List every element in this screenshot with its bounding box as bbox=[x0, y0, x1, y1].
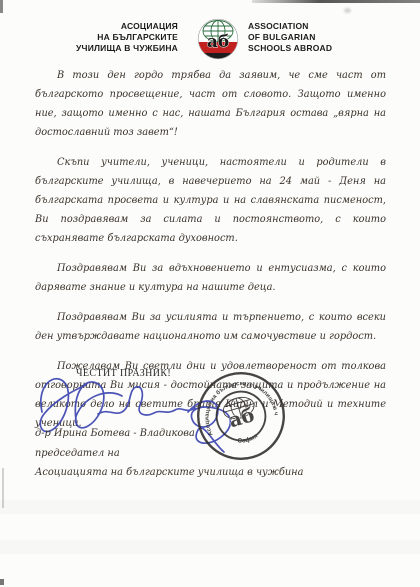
org-name-bg-line: НА БЪЛГАРСКИТЕ bbox=[40, 32, 178, 43]
signer-name: д-р Ирина Ботева - Владикова bbox=[35, 424, 303, 444]
letter-paragraph: Поздравявам Ви за вдъхновението и ентуси… bbox=[35, 259, 386, 297]
scan-artifact-smudge bbox=[344, 8, 351, 13]
org-name-en-line: OF BULGARIAN bbox=[248, 32, 378, 43]
org-name-bg-line: УЧИЛИЩА В ЧУЖБИНА bbox=[40, 43, 178, 54]
signer-organization: Асоциацията на българските училища в чуж… bbox=[35, 463, 303, 483]
org-name-bg-line: АСОЦИАЦИЯ bbox=[40, 21, 178, 32]
letter-paragraph: Поздравявам Ви за усилията и търпението,… bbox=[35, 308, 386, 346]
signature-block: д-р Ирина Ботева - Владикова председател… bbox=[35, 424, 303, 483]
org-name-en-line: ASSOCIATION bbox=[248, 21, 378, 32]
signer-role: председател на bbox=[35, 444, 303, 464]
letter-paragraph: В този ден гордо трябва да заявим, че см… bbox=[35, 66, 386, 142]
scan-artifact-bottom bbox=[0, 579, 4, 585]
scan-artifact-band bbox=[0, 540, 420, 554]
letter-paragraph: Скъпи учители, ученици, настоятели и род… bbox=[35, 153, 386, 248]
logo-monogram: аб bbox=[207, 32, 229, 52]
org-name-bulgarian: АСОЦИАЦИЯ НА БЪЛГАРСКИТЕ УЧИЛИЩА В ЧУЖБИ… bbox=[40, 21, 178, 54]
scan-artifact-top-line bbox=[252, 0, 420, 3]
association-globe-logo-icon: аб bbox=[196, 18, 240, 62]
org-name-en-line: SCHOOLS ABROAD bbox=[248, 43, 378, 54]
org-name-english: ASSOCIATION OF BULGARIAN SCHOOLS ABROAD bbox=[248, 21, 378, 54]
scanned-letter-page: АСОЦИАЦИЯ НА БЪЛГАРСКИТЕ УЧИЛИЩА В ЧУЖБИ… bbox=[0, 0, 420, 587]
scan-artifact-band bbox=[0, 500, 420, 514]
scan-artifact-corner bbox=[0, 0, 3, 13]
